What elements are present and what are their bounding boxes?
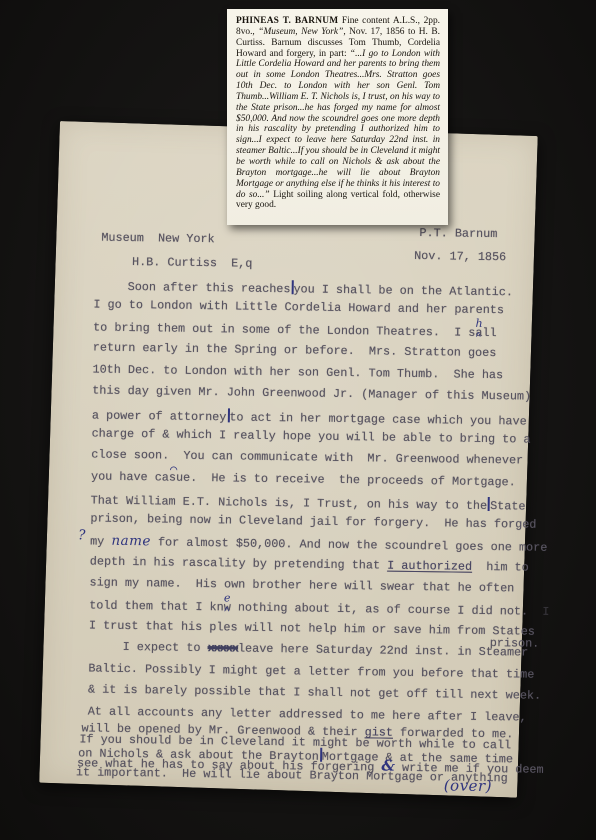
underlined-typed-text: I authorized [387,559,472,574]
body-line: close soon. You can communicate with Mr.… [91,448,523,467]
typed-text: Nov. 17, 1856 [414,249,506,264]
typed-text: & it is barely possible that I shall not… [88,682,541,702]
typed-text: P.T. Barnum [419,226,497,241]
typed-text: charge of & which I really hope you will… [92,426,531,446]
margin-query-mark: ? [78,529,86,543]
typed-text: told them that I kn [89,598,224,614]
typed-text: sign my name. His own brother here will … [89,575,514,595]
body-line: sign my name. His own brother here will … [89,576,514,595]
place-line: Museum New York [101,232,214,247]
body-line: & it is barely possible that I shall not… [88,683,541,702]
body-line: prison, being now in Cleveland jail for … [90,512,536,531]
typed-text: Soon after this reaches [128,280,291,296]
ink-handwriting: name [111,533,151,550]
auction-description-label: PHINEAS T. BARNUM Fine content A.L.S., 2… [227,9,448,225]
typed-text: I expect to [123,640,208,655]
body-line: depth in his rascality by pretending tha… [90,555,529,574]
typed-text: State [490,499,526,513]
body-line: to bring them out in some of the London … [93,320,497,341]
body-line: my name for almost $50,000. And now the … [90,534,547,554]
typed-text: That William E.T. Nichols is, I Trust, o… [91,493,488,513]
typed-text: this day given Mr. John Greenwood Jr. (M… [92,383,531,403]
body-line: Baltic. Possibly I might get a letter fr… [88,662,534,681]
typed-text: H.B. Curtiss E,q [132,255,253,271]
typed-text: depth in his rascality by pretending tha… [90,554,388,572]
body-line: told them that I kne^w nothing about it,… [89,598,549,619]
typed-text: return early in the Spring or before. Mr… [93,340,497,360]
typed-text: I go to London with Little Cordelia Howa… [93,297,504,317]
typed-text: to act in her mortgage case which you ha… [229,410,527,428]
typed-text: Baltic. Possibly I might get a letter fr… [88,661,534,681]
body-line: I go to London with Little Cordelia Howa… [93,298,504,317]
typed-text: close soon. You can communicate with Mr.… [91,447,523,467]
typed-text: Museum New York [101,231,214,247]
label-segment: “...I go to London with Little Cordelia … [236,49,440,200]
label-segment: PHINEAS T. BARNUM [236,16,338,26]
typed-text: my [90,534,111,548]
addressee-line: H.B. Curtiss E,q [132,256,253,271]
ink-handwriting: ? [78,527,86,543]
ink-handwriting: (over) [444,776,493,795]
typed-text: 10th Dec. to London with her son Genl. T… [92,362,503,382]
body-line: I expect to xxxxxleave here Saturday 22n… [123,641,529,660]
body-line: return early in the Spring or before. Mr… [93,341,497,360]
body-line: you have ca⌒sue. He is to receive the pr… [91,470,516,489]
label-segment: “Museum, New York” [258,27,343,37]
typed-text: I trust that his ples will not help him … [89,618,535,638]
signature-line: P.T. Barnum [419,227,497,241]
body-line: charge of & which I really hope you will… [92,427,531,446]
struck-out-text: xxxxx [208,641,239,655]
typed-text: you have ca [91,469,169,484]
letter-content: P.T. BarnumMuseum New YorkNov. 17, 1856H… [50,121,560,828]
body-line: 10th Dec. to London with her son Genl. T… [92,363,503,382]
typed-text: a power of attorney [92,408,227,424]
typed-text: I [542,605,549,619]
typed-text: leave here Saturday 22nd inst. in Steame… [238,642,528,660]
over-note: (over) [444,779,492,795]
typed-text: to bring them out in some of the London … [93,320,475,339]
body-line: That William E.T. Nichols is, I Trust, o… [91,491,526,513]
typed-text: w nothing about it, as of course I did n… [224,600,543,618]
body-line: a power of attorneyto act in her mortgag… [92,406,527,428]
body-line: Soon after this reachesyou I shall be on… [128,278,513,299]
typed-text: sue. He is to receive the proceeds of Mo… [169,471,516,490]
body-line: this day given Mr. John Greenwood Jr. (M… [92,384,531,403]
typed-text: for almost $50,000. And now the scoundre… [151,535,548,555]
typed-text: you I shall be on the Atlantic. [293,282,513,299]
date-line: Nov. 17, 1856 [414,250,506,264]
body-line: I trust that his ples will not help him … [89,619,535,638]
typed-text: prison, being now in Cleveland jail for … [90,511,536,531]
typed-text: him to [472,560,529,575]
